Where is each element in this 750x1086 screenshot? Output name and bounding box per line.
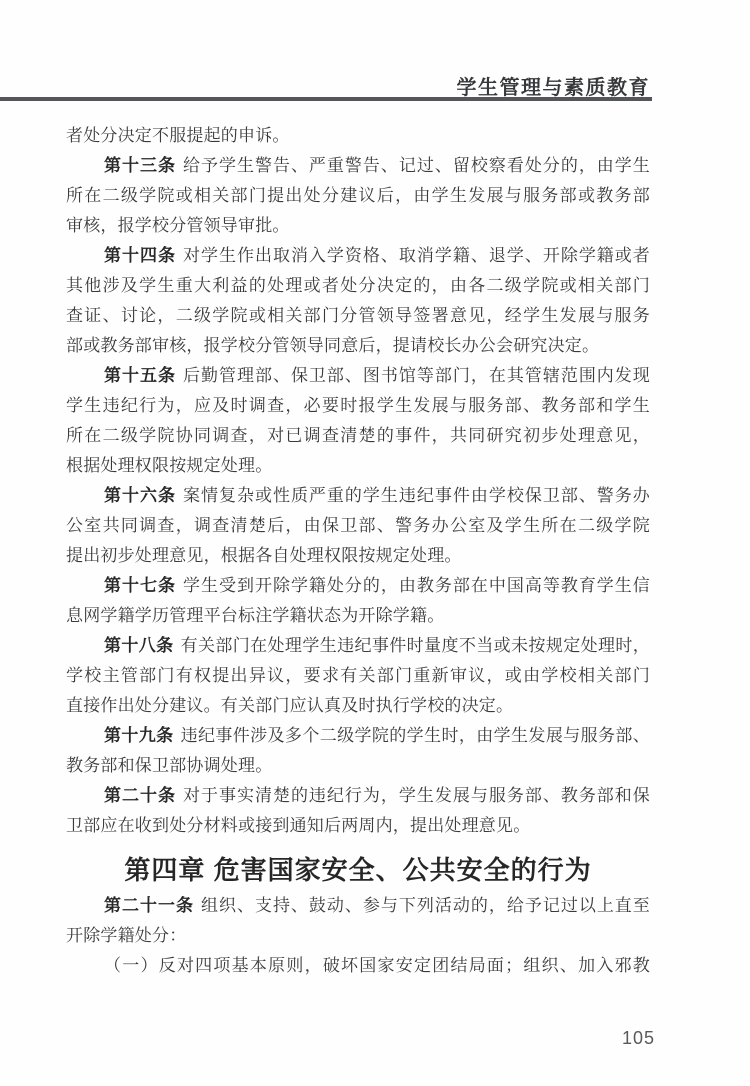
article-number: 第十五条 [104,366,176,385]
text-line: 其他涉及学生重大利益的处理或者处分决定的，由各二级学院或相关部门 [66,271,650,301]
text-line: 提出初步处理意见，根据各自处理权限按规定处理。 [66,541,650,571]
text-line: 者处分决定不服提起的申诉。 [66,121,650,151]
text-line: 第十九条违纪事件涉及多个二级学院的学生时，由学生发展与服务部、 [66,721,650,751]
article-number: 第十四条 [104,246,176,265]
text-line: 第十六条案情复杂或性质严重的学生违纪事件由学校保卫部、警务办 [66,481,650,511]
text-line: 根据处理权限按规定处理。 [66,451,650,481]
list-item-paragraph: （一）反对四项基本原则，破坏国家安定团结局面；组织、加入邪教 [66,951,650,981]
article-number: 第十九条 [104,726,174,745]
text-line: 第十七条学生受到开除学籍处分的，由教务部在中国高等教育学生信 [66,571,650,601]
article-paragraph: 第十三条给予学生警告、严重警告、记过、留校察看处分的，由学生所在二级学院或相关部… [66,151,650,241]
article-number: 第十八条 [104,636,174,655]
article-paragraph: 第十四条对学生作出取消入学资格、取消学籍、退学、开除学籍或者其他涉及学生重大利益… [66,241,650,361]
article-paragraph: 第十七条学生受到开除学籍处分的，由教务部在中国高等教育学生信息网学籍学历管理平台… [66,571,650,631]
text-line: 开除学籍处分： [66,921,650,951]
page-body: 者处分决定不服提起的申诉。第十三条给予学生警告、严重警告、记过、留校察看处分的，… [66,121,650,981]
chapter-heading: 第四章 危害国家安全、公共安全的行为 [66,849,650,891]
article-paragraph: 第二十条对于事实清楚的违纪行为，学生发展与服务部、教务部和保卫部应在收到处分材料… [66,781,650,841]
text-line: 直接作出处分建议。有关部门应认真及时执行学校的决定。 [66,691,650,721]
text-line: 卫部应在收到处分材料或接到通知后两周内，提出处理意见。 [66,811,650,841]
text-line: 第十五条后勤管理部、保卫部、图书馆等部门，在其管辖范围内发现 [66,361,650,391]
article-paragraph: 第十八条有关部门在处理学生违纪事件时量度不当或未按规定处理时，学校主管部门有权提… [66,631,650,721]
text-line: 教务部和保卫部协调处理。 [66,751,650,781]
article-paragraph: 第十五条后勤管理部、保卫部、图书馆等部门，在其管辖范围内发现学生违纪行为，应及时… [66,361,650,481]
text-line: 部或教务部审核，报学校分管领导同意后，提请校长办公会研究决定。 [66,331,650,361]
article-number: 第十七条 [104,576,176,595]
text-line: 学生违纪行为，应及时调查，必要时报学生发展与服务部、教务部和学生 [66,391,650,421]
running-header-title: 学生管理与素质教育 [457,71,651,100]
text-line: 第十三条给予学生警告、严重警告、记过、留校察看处分的，由学生 [66,151,650,181]
page-number: 105 [622,1028,655,1049]
text-line: 审核，报学校分管领导审批。 [66,211,650,241]
article-paragraph: 第十九条违纪事件涉及多个二级学院的学生时，由学生发展与服务部、教务部和保卫部协调… [66,721,650,781]
continuation-paragraph: 者处分决定不服提起的申诉。 [66,121,650,151]
article-number: 第二十条 [104,786,176,805]
text-line: 学校主管部门有权提出异议，要求有关部门重新审议，或由学校相关部门 [66,661,650,691]
article-number: 第十三条 [104,156,176,175]
article-paragraph: 第二十一条组织、支持、鼓动、参与下列活动的，给予记过以上直至开除学籍处分： [66,891,650,951]
header-rule [0,97,652,101]
text-line: 第二十条对于事实清楚的违纪行为，学生发展与服务部、教务部和保 [66,781,650,811]
text-line: 所在二级学院或相关部门提出处分建议后，由学生发展与服务部或教务部 [66,181,650,211]
article-number: 第十六条 [104,486,176,505]
text-line: （一）反对四项基本原则，破坏国家安定团结局面；组织、加入邪教 [66,951,650,981]
text-line: 第十八条有关部门在处理学生违纪事件时量度不当或未按规定处理时， [66,631,650,661]
text-line: 公室共同调查，调查清楚后，由保卫部、警务办公室及学生所在二级学院 [66,511,650,541]
text-line: 息网学籍学历管理平台标注学籍状态为开除学籍。 [66,601,650,631]
article-paragraph: 第十六条案情复杂或性质严重的学生违纪事件由学校保卫部、警务办公室共同调查，调查清… [66,481,650,571]
text-line: 查证、讨论，二级学院或相关部门分管领导签署意见，经学生发展与服务 [66,301,650,331]
text-line: 第十四条对学生作出取消入学资格、取消学籍、退学、开除学籍或者 [66,241,650,271]
text-line: 所在二级学院协同调查，对已调查清楚的事件，共同研究初步处理意见， [66,421,650,451]
article-number: 第二十一条 [104,896,194,915]
text-line: 第二十一条组织、支持、鼓动、参与下列活动的，给予记过以上直至 [66,891,650,921]
document-page: 学生管理与素质教育 者处分决定不服提起的申诉。第十三条给予学生警告、严重警告、记… [0,0,750,1086]
